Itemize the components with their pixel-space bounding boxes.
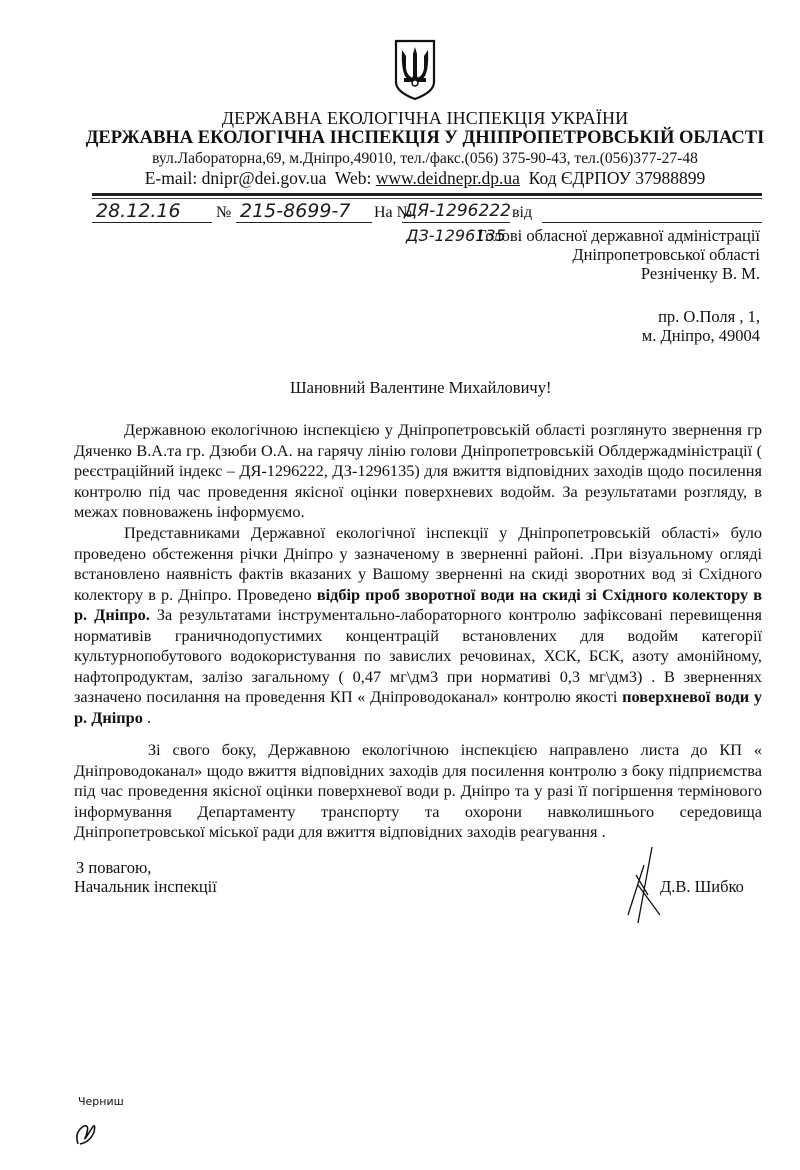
- addressee-city: м. Дніпро, 49004: [642, 326, 760, 346]
- addressee-street: пр. О.Поля , 1,: [658, 307, 760, 327]
- addressee-position: Голові обласної державної адміністрації: [477, 226, 760, 246]
- edrpou-label: Код ЄДРПОУ: [529, 168, 631, 188]
- body-paragraph-1: Державною екологічною інспекцією у Дніпр…: [74, 420, 762, 523]
- executor-name: Черниш: [78, 1095, 124, 1108]
- org-address: вул.Лабораторна,69, м.Дніпро,49010, тел.…: [80, 150, 770, 168]
- org-regional-name: ДЕРЖАВНА ЕКОЛОГІЧНА ІНСПЕКЦІЯ У ДНІПРОПЕ…: [80, 128, 770, 149]
- closing-phrase: З повагою,: [76, 858, 151, 878]
- number-label: №: [216, 204, 231, 222]
- from-underline: [542, 222, 762, 223]
- web-link[interactable]: www.deidnepr.dp.ua: [376, 168, 520, 188]
- number-handwritten: 215-8699-7: [240, 200, 350, 222]
- org-contacts: E-mail: dnipr@dei.gov.ua Web: www.deidne…: [80, 168, 770, 189]
- date-handwritten: 28.12.16: [96, 200, 181, 222]
- edrpou-code: 37988899: [635, 168, 705, 188]
- body-paragraph-3: Зі свого боку, Державною екологічною інс…: [74, 740, 762, 843]
- web-label: Web:: [335, 168, 372, 188]
- body-paragraph-2: Представниками Державної екологічної інс…: [74, 523, 762, 728]
- number-underline: [236, 222, 372, 223]
- addressee-region: Дніпропетровської області: [572, 245, 760, 265]
- trident-emblem-icon: [393, 38, 437, 102]
- signer-position: Начальник інспекції: [74, 877, 217, 897]
- email-link[interactable]: dnipr@dei.gov.ua: [202, 168, 327, 188]
- org-national-name: ДЕРЖАВНА ЕКОЛОГІЧНА ІНСПЕКЦІЯ УКРАЇНИ: [80, 108, 770, 129]
- reference-line: 28.12.16 № 215-8699-7 На № ДЯ-1296222 ві…: [92, 200, 762, 226]
- letterhead-divider: [92, 193, 762, 199]
- addressee-name: Резніченку В. М.: [641, 264, 760, 284]
- in-reply-underline: [402, 222, 510, 223]
- from-label: від: [512, 204, 532, 222]
- date-underline: [92, 222, 212, 223]
- email-label: E-mail:: [145, 168, 197, 188]
- in-reply-number-1: ДЯ-1296222: [404, 201, 511, 221]
- signer-name: Д.В. Шибко: [660, 877, 744, 897]
- salutation: Шановний Валентине Михайловичу!: [290, 378, 551, 398]
- executor-initials-icon: [72, 1118, 102, 1148]
